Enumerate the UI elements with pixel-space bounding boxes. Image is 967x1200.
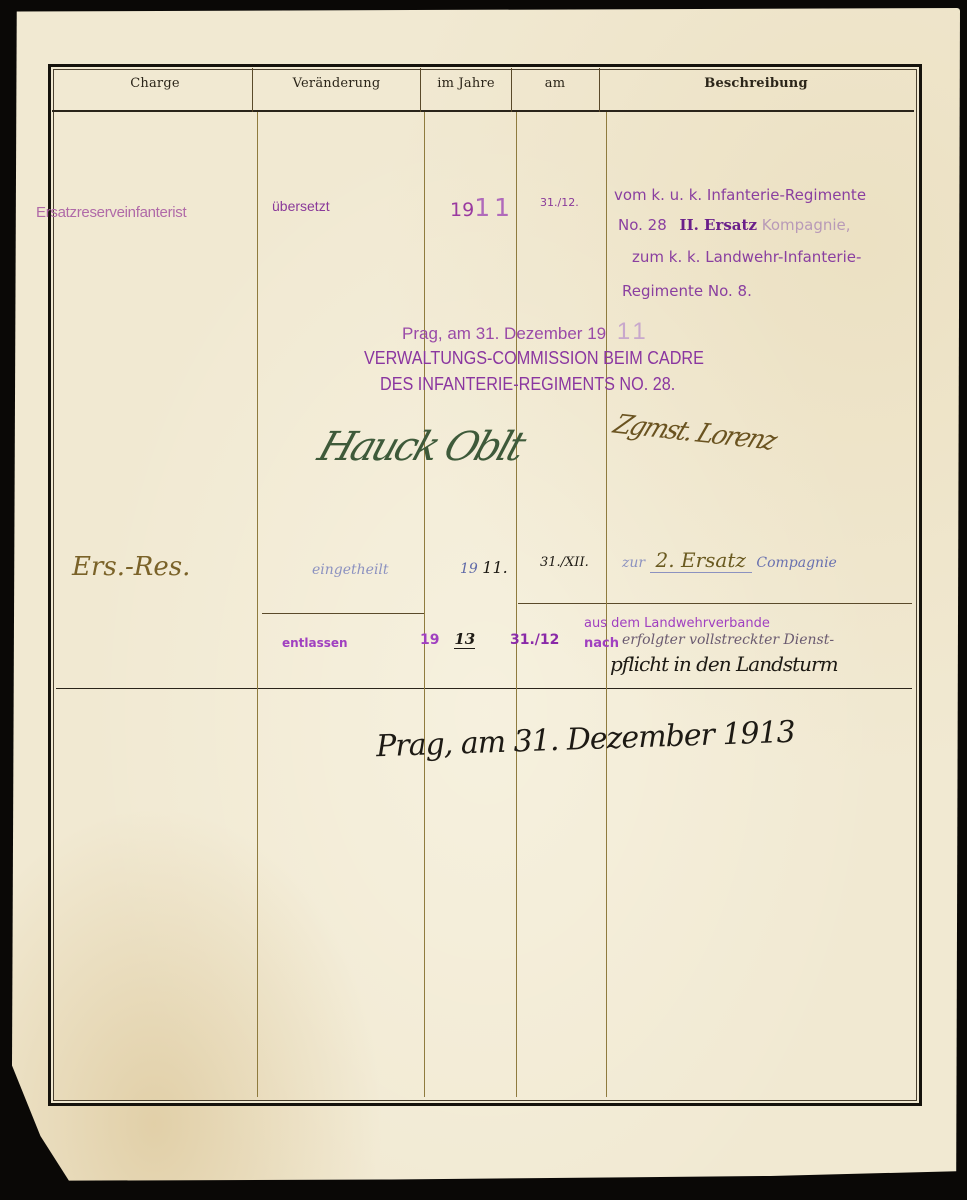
entry3-date: 31./12 xyxy=(510,632,559,648)
header-veraenderung: Veränderung xyxy=(254,76,419,91)
header-am: am xyxy=(512,76,598,91)
entry1-charge: Ersatzreserveinfanterist xyxy=(36,204,186,221)
stamp-place-date-text: Prag, am 31. Dezember 19 xyxy=(402,324,606,343)
entry1-desc-line3: zum k. k. Landwehr-Infanterie- xyxy=(632,248,861,266)
entry3-year: 19 13 xyxy=(420,630,475,648)
stamp-place-date: Prag, am 31. Dezember 19 11 xyxy=(402,318,650,346)
col-divider-1 xyxy=(257,112,258,1097)
entry3-year-suffix: 13 xyxy=(454,630,475,649)
col-divider-4 xyxy=(606,112,607,1097)
entry1-date: 31./12. xyxy=(540,196,579,209)
entry2-year: 19 11. xyxy=(460,558,508,577)
entry3-desc-prefix: nach xyxy=(584,636,619,651)
entry1-desc-regiment-no: No. 28 xyxy=(618,216,667,234)
signature-left: Hauck Oblt xyxy=(313,424,529,470)
entry2-desc-suffix: Compagnie xyxy=(756,555,836,571)
entry2-desc-company: 2. Ersatz xyxy=(650,548,752,573)
header-charge: Charge xyxy=(60,76,250,91)
entry-bottom-rule xyxy=(56,688,912,689)
entry2-year-prefix: 19 xyxy=(460,561,478,577)
header-im-jahre: im Jahre xyxy=(421,76,511,91)
entry1-year-suffix: 11 xyxy=(474,193,514,222)
entry1-desc-company: II. Ersatz xyxy=(680,216,757,234)
entry1-desc-line2: No. 28 II. Ersatz Kompagnie, xyxy=(618,216,851,234)
col-divider-3 xyxy=(516,112,517,1097)
entry2-year-suffix: 11. xyxy=(482,558,507,577)
entry2-description: zur 2. Ersatz Compagnie xyxy=(622,548,837,573)
entry1-year-prefix: 19 xyxy=(450,199,474,221)
entry-divider-right xyxy=(518,603,912,604)
entry3-desc-hand1: erfolgter vollstreckter Dienst- xyxy=(622,632,834,648)
entry2-veraenderung: eingetheilt xyxy=(312,562,389,578)
entry3-year-prefix: 19 xyxy=(420,632,439,648)
header-bottom-rule xyxy=(52,110,914,112)
entry1-desc-line1: vom k. u. k. Infanterie-Regimente xyxy=(614,186,866,204)
stamp-commission-line1: VERWALTUNGS-COMMISSION BEIM CADRE xyxy=(364,348,704,369)
entry2-desc-prefix: zur xyxy=(622,555,645,571)
entry3-desc-line1: aus dem Landwehrverbande xyxy=(584,616,770,631)
entry1-veraenderung: übersetzt xyxy=(272,198,330,214)
entry3-desc-hand2: pflicht in den Landsturm xyxy=(610,652,838,676)
entry3-veraenderung: entlassen xyxy=(282,636,348,650)
col-divider-2 xyxy=(424,112,425,1097)
entry1-desc-kompagnie: Kompagnie, xyxy=(762,216,851,234)
header-beschreibung: Beschreibung xyxy=(600,76,912,91)
entry2-date: 31./XII. xyxy=(540,555,589,570)
stamp-commission-line2: DES INFANTERIE-REGIMENTS NO. 28. xyxy=(380,374,675,395)
entry-divider-left xyxy=(262,613,424,614)
entry1-desc-line4: Regimente No. 8. xyxy=(622,282,752,300)
col-divider-header-1 xyxy=(252,68,253,112)
entry1-year: 1911 xyxy=(450,193,514,222)
stamp-place-date-year: 11 xyxy=(617,318,650,345)
entry2-charge: Ers.-Res. xyxy=(72,552,190,582)
